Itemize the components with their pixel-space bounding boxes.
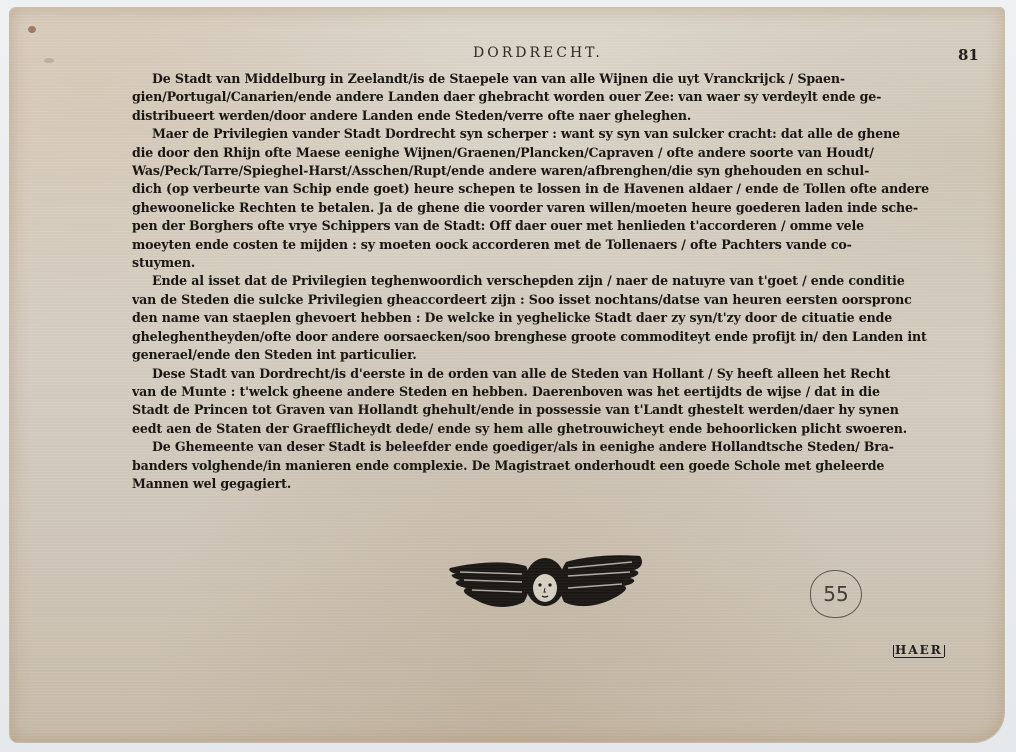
winged-cherub-ornament-icon bbox=[446, 548, 644, 618]
text-line: De Ghemeente van deser Stadt is beleefde… bbox=[132, 438, 972, 456]
text-line: ghewoonelicke Rechten te betalen. Ja de … bbox=[132, 199, 972, 217]
text-line: Maer de Privilegien vander Stadt Dordrec… bbox=[132, 125, 972, 143]
foxing-spot bbox=[28, 26, 36, 33]
text-line: gien/Portugal/Canarien/ende andere Lande… bbox=[132, 88, 972, 106]
antique-printed-page: DORDRECHT. 81 De Stadt van Middelburg in… bbox=[10, 8, 1004, 742]
text-line: eedt aen de Staten der Graefflicheydt de… bbox=[132, 420, 972, 438]
text-line: De Stadt van Middelburg in Zeelandt/is d… bbox=[132, 70, 972, 88]
pencil-annotation-circled-number: 55 bbox=[810, 570, 862, 618]
text-line: Mannen wel gegagiert. bbox=[132, 475, 972, 493]
catchword: HAER bbox=[894, 643, 944, 658]
text-line: van de Steden die sulcke Privilegien ghe… bbox=[132, 291, 972, 309]
text-line: banders volghende/in manieren ende compl… bbox=[132, 457, 972, 475]
text-line: van de Munte : t'welck gheene andere Ste… bbox=[132, 383, 972, 401]
folio-page-number: 81 bbox=[958, 46, 979, 64]
text-line: die door den Rhijn ofte Maese eenighe Wi… bbox=[132, 144, 972, 162]
text-line: distribueert werden/door andere Landen e… bbox=[132, 107, 972, 125]
text-line: pen der Borghers ofte vrye Schippers van… bbox=[132, 217, 972, 235]
foxing-spot bbox=[44, 58, 54, 63]
text-line: moeyten ende costen te mijden : sy moete… bbox=[132, 236, 972, 254]
text-line: den name van staeplen ghevoert hebben : … bbox=[132, 309, 972, 327]
body-text: De Stadt van Middelburg in Zeelandt/is d… bbox=[132, 70, 972, 493]
text-line: Dese Stadt van Dordrecht/is d'eerste in … bbox=[132, 365, 972, 383]
text-line: Stadt de Princen tot Graven van Hollandt… bbox=[132, 401, 972, 419]
photo-background: DORDRECHT. 81 De Stadt van Middelburg in… bbox=[0, 0, 1016, 752]
text-line: Was/Peck/Tarre/Spieghel-Harst/Asschen/Ru… bbox=[132, 162, 972, 180]
text-line: Ende al isset dat de Privilegien teghenw… bbox=[132, 272, 972, 290]
text-line: generael/ende den Steden int particulier… bbox=[132, 346, 972, 364]
text-line: dich (op verbeurte van Schip ende goet) … bbox=[132, 180, 972, 198]
running-head: DORDRECHT. bbox=[473, 45, 603, 61]
text-line: stuymen. bbox=[132, 254, 972, 272]
text-line: gheleghentheyden/ofte door andere oorsae… bbox=[132, 328, 972, 346]
